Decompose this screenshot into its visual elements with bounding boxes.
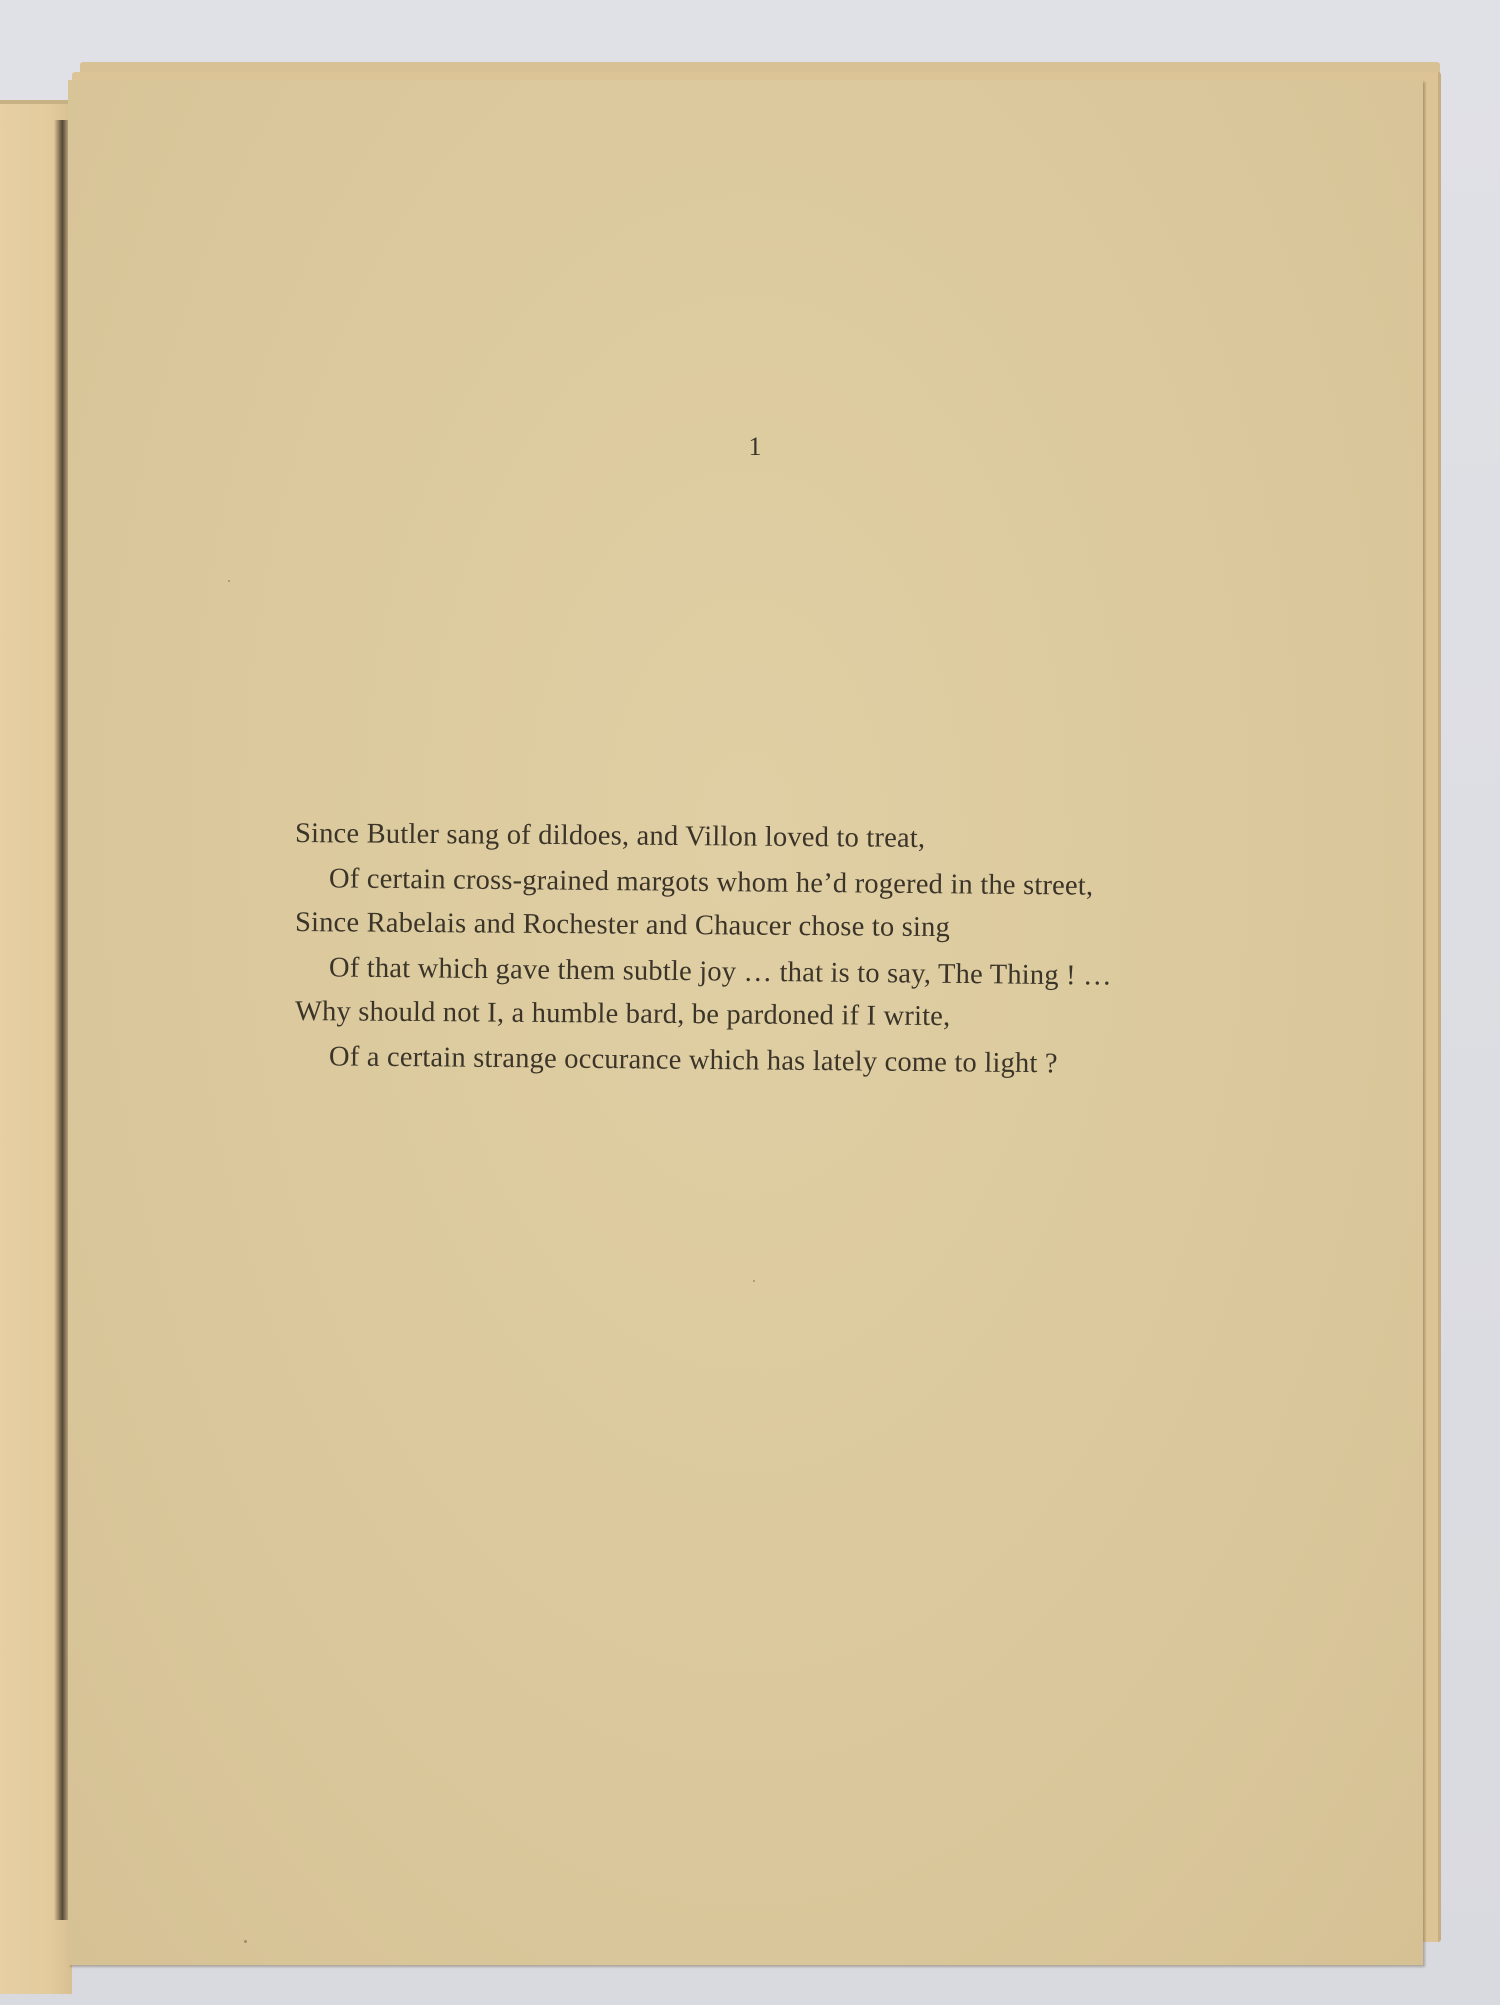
verse-line: Since Rabelais and Rochester and Chaucer…: [295, 901, 1355, 954]
verse-line: Since Butler sang of dildoes, and Villon…: [295, 812, 1355, 865]
poem-stanza: Since Butler sang of dildoes, and Villon…: [295, 812, 1355, 1079]
page-number: 1: [749, 432, 762, 462]
paper-speck: [228, 580, 230, 582]
paper-speck: [244, 1940, 247, 1943]
paper-speck: [753, 1280, 755, 1282]
verse-line: Of a certain strange occurance which has…: [295, 1035, 1355, 1090]
book-gutter-shadow: [54, 120, 68, 1920]
verse-line: Why should not I, a humble bard, be pard…: [295, 990, 1355, 1043]
